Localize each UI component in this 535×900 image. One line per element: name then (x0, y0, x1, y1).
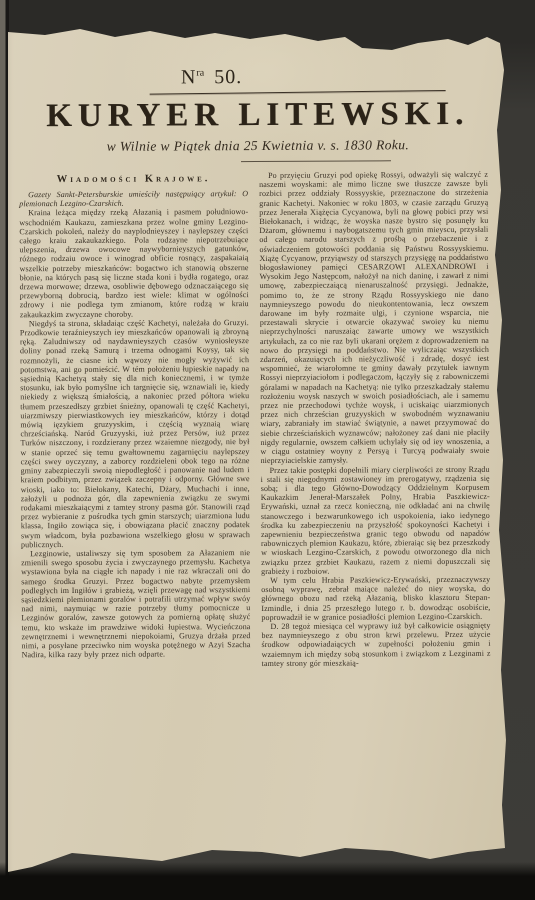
article-column-left: Wiadomości Krajowe. Gazety Sankt-Petersb… (19, 171, 251, 669)
scan-background: Nra50. KURYER LITEWSKI. w Wilnie w Piąte… (0, 0, 535, 900)
article-column-right: Po przyięciu Gruzyi pod opiekę Rossyi, o… (259, 170, 491, 668)
masthead-rule-bottom (241, 160, 391, 162)
page-content: Nra50. KURYER LITEWSKI. w Wilnie w Piąte… (18, 35, 499, 669)
issue-letter: N (181, 66, 197, 88)
section-heading: Wiadomości Krajowe. (19, 173, 248, 185)
paragraph: Niegdyś ta strona, składaiąc część Kache… (20, 318, 250, 549)
issue-number: Nra50. (0, 65, 451, 91)
paragraph: W tym celu Hrabia Paszkiewicz-Erywański,… (261, 575, 490, 622)
paragraph: Kraina leżąca między rzeką Ałazanią i pa… (19, 207, 249, 319)
paragraph-editor-note: Gazety Sankt-Petersburskie umieściły nas… (19, 189, 248, 209)
article-body: Wiadomości Krajowe. Gazety Sankt-Petersb… (19, 170, 500, 669)
paragraph: Lezginowie, ustaliwszy się tym sposobem … (21, 548, 251, 660)
paragraph: Po przyięciu Gruzyi pod opiekę Rossyi, o… (259, 170, 490, 466)
dateline: w Wilnie w Piątek dnia 25 Kwietnia v. s.… (19, 137, 497, 156)
paragraph: D. 28 tegoż miesiąca cel wyprawy iuż był… (261, 621, 490, 668)
masthead-title: KURYER LITEWSKI. (19, 96, 497, 136)
newspaper-page: Nra50. KURYER LITEWSKI. w Wilnie w Piąte… (0, 0, 535, 900)
paragraph: Przez takie postępki dopełnili miary cie… (261, 464, 491, 576)
issue-value: 50. (214, 66, 242, 88)
issue-superscript: ra (196, 68, 204, 79)
masthead-rule-top (150, 90, 446, 95)
